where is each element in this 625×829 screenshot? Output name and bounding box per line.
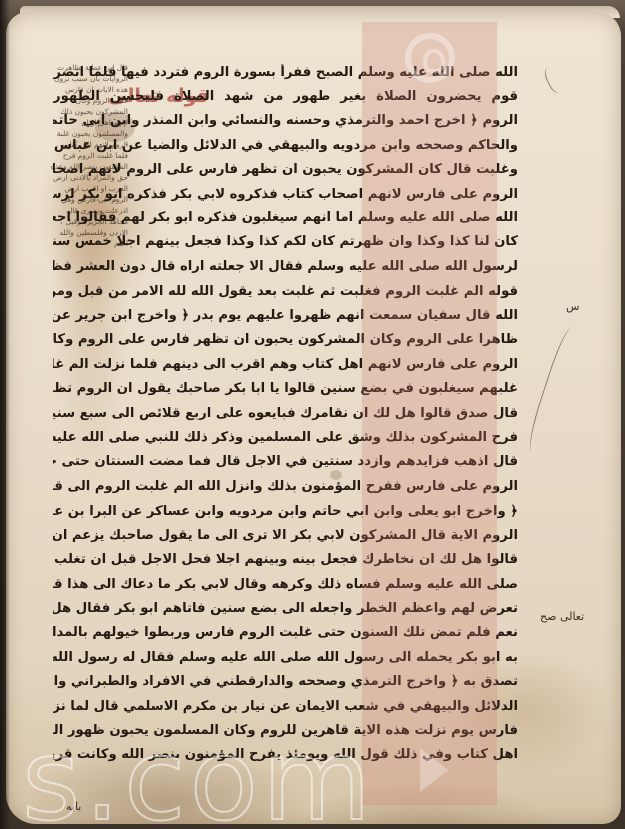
text-line: فرح المشركون بذلك وشق على المسلمين وذكر …	[53, 429, 518, 449]
text-line: قالوا هل لك ان نخاطرك فجعل بينه وبينهم ا…	[53, 551, 518, 571]
main-text-block: الله صلى الله عليه وسلم الصبح ففرأ بسورة…	[0, 0, 625, 829]
watermark-text: s.com	[22, 725, 375, 829]
text-line: الروم الاية قال المشركون لابي بكر الا تر…	[53, 527, 518, 547]
text-line: الله قال سفيان سمعت انهم ظهروا عليهم يوم…	[53, 307, 518, 327]
watermark-logo-icon	[405, 33, 455, 83]
right-margin-note: س	[566, 300, 579, 313]
text-line: ظاهرا على الروم وكان المشركون يحبون ان ت…	[53, 331, 518, 351]
watermark-arrow-icon	[420, 748, 448, 792]
text-line: قوم يحضرون الصلاة بغير طهور من شهد الصلا…	[53, 88, 518, 108]
text-line: الروم على فارس لانهم اصحاب كتاب فذكروه ل…	[53, 186, 518, 206]
text-line: قال اذهب فزايدهم وازدد سنتين في الاجل قا…	[53, 453, 518, 473]
text-line: الروم على فارس لانهم اهل كتاب وهم اقرب ا…	[53, 356, 518, 376]
text-line: غلبهم سيغلبون في بضع سنين قالوا يا ابا ب…	[53, 380, 518, 400]
text-line: الله صلى الله عليه وسلم اما انهم سيغلبون…	[53, 209, 518, 229]
text-line: الروم ﴿ اخرج احمد والترمذي وحسنه والنسائ…	[53, 112, 518, 132]
text-line: قال صدق قالوا هل لك ان نقامرك فبايعوه عل…	[53, 405, 518, 425]
text-line: الروم على فارس ففرح المؤمنون بذلك وانزل …	[53, 478, 518, 498]
text-line: به ابو بكر يحمله الى رسول الله صلى الله …	[53, 649, 518, 669]
text-line: تعرض لهم واعظم الخطر واجعله الى بضع سنين…	[53, 600, 518, 620]
text-line: كان لنا كذا وكذا وان ظهرتم كان لكم كذا و…	[53, 233, 518, 253]
text-line: صلى الله عليه وسلم فساه ذلك وكرهه وقال ل…	[53, 576, 518, 596]
text-line: وغلبت قال كان المشركون يحبون ان تظهر فار…	[53, 161, 518, 181]
text-line: نعم فلم تمض تلك السنون حتى غلبت الروم فا…	[53, 624, 518, 644]
text-line: قوله الم غلبت الروم فغلبت ثم غلبت بعد يق…	[53, 283, 518, 303]
text-line: والحاكم وصححه وابن مردويه والبيهقي في ال…	[53, 137, 518, 157]
text-line: الدلائل والبيهقي في شعب الايمان عن نيار …	[53, 698, 518, 718]
right-margin-note: تعالى صح	[540, 610, 584, 623]
text-line: ﴿ واخرج ابو يعلى وابن ابي حاتم وابن مردو…	[53, 503, 518, 523]
text-line: لرسول الله صلى الله عليه وسلم فقال الا ج…	[53, 258, 518, 278]
text-line: تصدق به ﴿ واخرج الترمذي وصححه والدارقطني…	[53, 673, 518, 693]
